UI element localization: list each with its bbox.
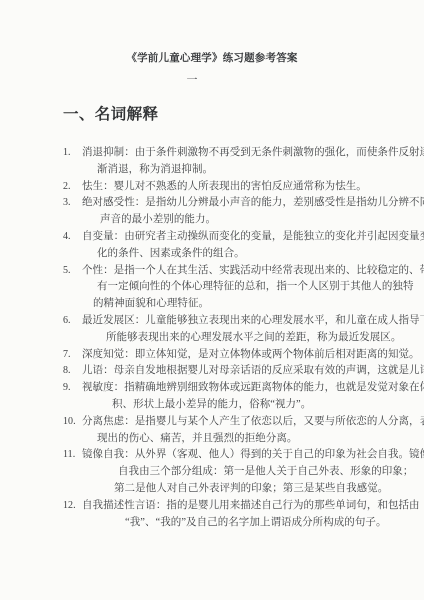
section-heading: 一、名词解释 [63, 102, 158, 124]
item-text: 绝对感受性：是指幼儿分辨最小声音的能力，差别感受性是指幼儿分辨不同 [82, 197, 424, 208]
page-title: 《学前儿童心理学》练习题参考答案 [0, 50, 424, 65]
item-number: 7. [63, 347, 82, 364]
page-number-marker: 一 [0, 71, 404, 87]
item-text: 最近发展区：儿童能够独立表现出来的心理发展水平，和儿童在成人指导下 [82, 315, 424, 326]
item-text: 深度知觉：即立体知觉，是对立体物体或两个物体前后相对距离的知觉。 [82, 349, 420, 360]
list-item-line: 声音的最小差别的能力。 [0, 212, 424, 229]
list-item-line: 4.自变量：由研究者主动操纵而变化的变量，是能独立的变化并引起因变量变 [0, 229, 424, 246]
list-item-line: 8.儿语：母亲自发地根据婴儿对母亲话语的反应采取有效的声调，这就是儿语。 [0, 363, 424, 380]
item-number: 5. [63, 263, 82, 280]
list-item-line: 1.消退抑制：由于条件刺激物不再受到无条件刺激物的强化，而使条件反射逐 [0, 145, 424, 162]
list-item-line: “我”、“我的”及自己的名字加上谓语成分所构成的句子。 [0, 515, 424, 532]
item-text: 自我描述性言语：指的是婴儿用来描述自己行为的那些单词句，和包括由 [82, 500, 420, 511]
item-text: 怯生：婴儿对不熟悉的人所表现出的害怕反应通常称为怯生。 [82, 181, 367, 192]
list-item-line: 现出的伤心、痛苦，并且强烈的拒绝分离。 [0, 431, 424, 448]
list-item-line: 第二是他人对自己外表评判的印象；第三是某些自我感觉。 [0, 481, 424, 498]
item-number: 11. [63, 447, 82, 464]
list-item-line: 有一定倾向性的个体心理特征的总和，指一个人区别于其他人的独特 [0, 279, 424, 296]
list-item-line: 化的条件、因素或条件的组合。 [0, 246, 424, 263]
item-number: 2. [63, 179, 82, 196]
list-item-line: 渐消退，称为消退抑制。 [0, 162, 424, 179]
item-number: 9. [63, 380, 82, 397]
list-item-line: 所能够表现出来的心理发展水平之间的差距，称为最近发展区。 [0, 330, 424, 347]
item-number: 8. [63, 363, 82, 380]
list-item-line: 积、形状上最小差异的能力，俗称“视力”。 [0, 397, 424, 414]
list-item-line: 10.分离焦虑：是指婴儿与某个人产生了依恋以后，又要与所依恋的人分离，表 [0, 414, 424, 431]
item-number: 10. [63, 414, 82, 431]
item-text: 消退抑制：由于条件刺激物不再受到无条件刺激物的强化，而使条件反射逐 [82, 147, 424, 158]
list-item-line: 的精神面貌和心理特征。 [0, 296, 424, 313]
item-text: 自变量：由研究者主动操纵而变化的变量，是能独立的变化并引起因变量变 [82, 231, 424, 242]
list-item-line: 2.怯生：婴儿对不熟悉的人所表现出的害怕反应通常称为怯生。 [0, 179, 424, 196]
list-item-line: 3.绝对感受性：是指幼儿分辨最小声音的能力，差别感受性是指幼儿分辨不同 [0, 195, 424, 212]
item-text: 视敏度：指精确地辨别细致物体或远距离物体的能力，也就是发觉对象在体 [82, 382, 424, 393]
item-number: 12. [63, 498, 82, 515]
list-item-line: 12.自我描述性言语：指的是婴儿用来描述自己行为的那些单词句，和包括由 [0, 498, 424, 515]
definition-list: 1.消退抑制：由于条件刺激物不再受到无条件刺激物的强化，而使条件反射逐 渐消退，… [0, 145, 424, 531]
item-number: 1. [63, 145, 82, 162]
list-item-line: 自我由三个部分组成：第一是他人关于自己外表、形象的印象； [0, 464, 424, 481]
item-text: 分离焦虑：是指婴儿与某个人产生了依恋以后，又要与所依恋的人分离，表 [82, 416, 424, 427]
list-item-line: 11.镜像自我：从外界（客观、他人）得到的关于自己的印象为社会自我。镜像 [0, 447, 424, 464]
document-page: 《学前儿童心理学》练习题参考答案 一 一、名词解释 1.消退抑制：由于条件刺激物… [0, 0, 424, 600]
list-item-line: 7.深度知觉：即立体知觉，是对立体物体或两个物体前后相对距离的知觉。 [0, 347, 424, 364]
item-text: 个性：是指一个人在其生活、实践活动中经常表现出来的、比较稳定的、带 [82, 265, 424, 276]
list-item-line: 6.最近发展区：儿童能够独立表现出来的心理发展水平，和儿童在成人指导下 [0, 313, 424, 330]
item-text: 镜像自我：从外界（客观、他人）得到的关于自己的印象为社会自我。镜像 [82, 449, 424, 460]
list-item-line: 9.视敏度：指精确地辨别细致物体或远距离物体的能力，也就是发觉对象在体 [0, 380, 424, 397]
item-number: 4. [63, 229, 82, 246]
list-item-line: 5.个性：是指一个人在其生活、实践活动中经常表现出来的、比较稳定的、带 [0, 263, 424, 280]
item-number: 3. [63, 195, 82, 212]
item-number: 6. [63, 313, 82, 330]
item-text: 儿语：母亲自发地根据婴儿对母亲话语的反应采取有效的声调，这就是儿语。 [82, 365, 424, 376]
